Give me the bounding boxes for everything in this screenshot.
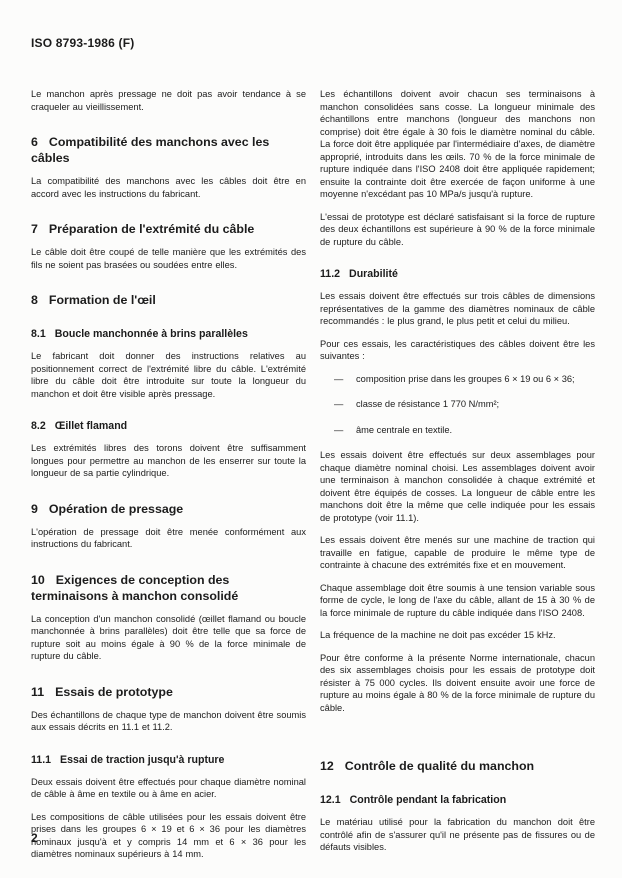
paragraph: Les compositions de câble utilisées pour…: [31, 811, 306, 861]
page-number: 2: [31, 831, 38, 845]
subsection-heading-11-1: 11.1Essai de traction jusqu'à rupture: [31, 753, 306, 767]
heading-number: 11.1: [31, 754, 51, 766]
left-column: Le manchon après pressage ne doit pas av…: [31, 88, 306, 871]
subsection-heading-11-2: 11.2Durabilité: [320, 267, 595, 281]
heading-title: Formation de l'œil: [49, 293, 156, 307]
heading-number: 11: [31, 685, 44, 699]
section-heading-7: 7Préparation de l'extrémité du câble: [31, 221, 306, 237]
paragraph: Le câble doit être coupé de telle manièr…: [31, 246, 306, 271]
right-column: Les échantillons doivent avoir chacun se…: [320, 88, 595, 871]
dash-bullet: —: [334, 373, 356, 386]
heading-number: 12.1: [320, 794, 341, 806]
section-heading-8: 8Formation de l'œil: [31, 292, 306, 308]
heading-number: 6: [31, 135, 38, 149]
paragraph: Des échantillons de chaque type de manch…: [31, 709, 306, 734]
section-heading-11: 11Essais de prototype: [31, 684, 306, 700]
doc-reference: ISO 8793-1986 (F): [31, 36, 134, 50]
section-heading-12: 12Contrôle de qualité du manchon: [320, 758, 595, 774]
heading-title: Exigences de conception des terminaisons…: [31, 573, 238, 603]
paragraph: L'essai de prototype est déclaré satisfa…: [320, 211, 595, 249]
paragraph: La compatibilité des manchons avec les c…: [31, 175, 306, 200]
paragraph: La conception d'un manchon consolidé (œi…: [31, 613, 306, 663]
paragraph: Les essais doivent être menés sur une ma…: [320, 534, 595, 572]
heading-title: Durabilité: [349, 268, 398, 280]
list-item: —composition prise dans les groupes 6 × …: [320, 373, 595, 386]
heading-number: 8: [31, 293, 38, 307]
list-item-text: âme centrale en textile.: [356, 424, 595, 437]
heading-title: Opération de pressage: [49, 502, 183, 516]
paragraph: Chaque assemblage doit être soumis à une…: [320, 582, 595, 620]
heading-number: 12: [320, 759, 334, 773]
subsection-heading-8-1: 8.1Boucle manchonnée à brins parallèles: [31, 327, 306, 341]
paragraph: Deux essais doivent être effectués pour …: [31, 776, 306, 801]
heading-title: Contrôle pendant la fabrication: [350, 794, 507, 806]
paragraph: Le fabricant doit donner des instruction…: [31, 350, 306, 400]
dash-bullet: —: [334, 424, 356, 437]
paragraph: Le manchon après pressage ne doit pas av…: [31, 88, 306, 113]
dash-bullet: —: [334, 398, 356, 411]
heading-title: Essais de prototype: [55, 685, 173, 699]
heading-number: 10: [31, 573, 45, 587]
heading-title: Essai de traction jusqu'à rupture: [60, 754, 224, 766]
paragraph: Les essais doivent être effectués sur tr…: [320, 290, 595, 328]
two-column-body: Le manchon après pressage ne doit pas av…: [31, 88, 595, 871]
heading-number: 7: [31, 222, 38, 236]
section-heading-6: 6Compatibilité des manchons avec les câb…: [31, 134, 306, 166]
heading-title: Boucle manchonnée à brins parallèles: [55, 328, 248, 340]
subsection-heading-12-1: 12.1Contrôle pendant la fabrication: [320, 793, 595, 807]
section-heading-10: 10Exigences de conception des terminaiso…: [31, 572, 306, 604]
list-item: —classe de résistance 1 770 N/mm²;: [320, 398, 595, 411]
document-page: ISO 8793-1986 (F) Le manchon après press…: [0, 0, 622, 878]
paragraph: Les extrémités libres des torons doivent…: [31, 442, 306, 480]
paragraph: Les échantillons doivent avoir chacun se…: [320, 88, 595, 201]
paragraph: Le matériau utilisé pour la fabrication …: [320, 816, 595, 854]
paragraph: Pour être conforme à la présente Norme i…: [320, 652, 595, 715]
paragraph: Les essais doivent être effectués sur de…: [320, 449, 595, 524]
heading-number: 11.2: [320, 268, 340, 280]
list-item-text: composition prise dans les groupes 6 × 1…: [356, 373, 595, 386]
subsection-heading-8-2: 8.2Œillet flamand: [31, 419, 306, 433]
heading-title: Préparation de l'extrémité du câble: [49, 222, 254, 236]
heading-title: Contrôle de qualité du manchon: [345, 759, 534, 773]
list-item-text: classe de résistance 1 770 N/mm²;: [356, 398, 595, 411]
heading-title: Compatibilité des manchons avec les câbl…: [31, 135, 269, 165]
paragraph: Pour ces essais, les caractéristiques de…: [320, 338, 595, 363]
heading-number: 8.1: [31, 328, 46, 340]
section-heading-9: 9Opération de pressage: [31, 501, 306, 517]
heading-number: 8.2: [31, 420, 46, 432]
heading-number: 9: [31, 502, 38, 516]
paragraph: L'opération de pressage doit être menée …: [31, 526, 306, 551]
paragraph: La fréquence de la machine ne doit pas e…: [320, 629, 595, 642]
heading-title: Œillet flamand: [55, 420, 127, 432]
list-item: —âme centrale en textile.: [320, 424, 595, 437]
